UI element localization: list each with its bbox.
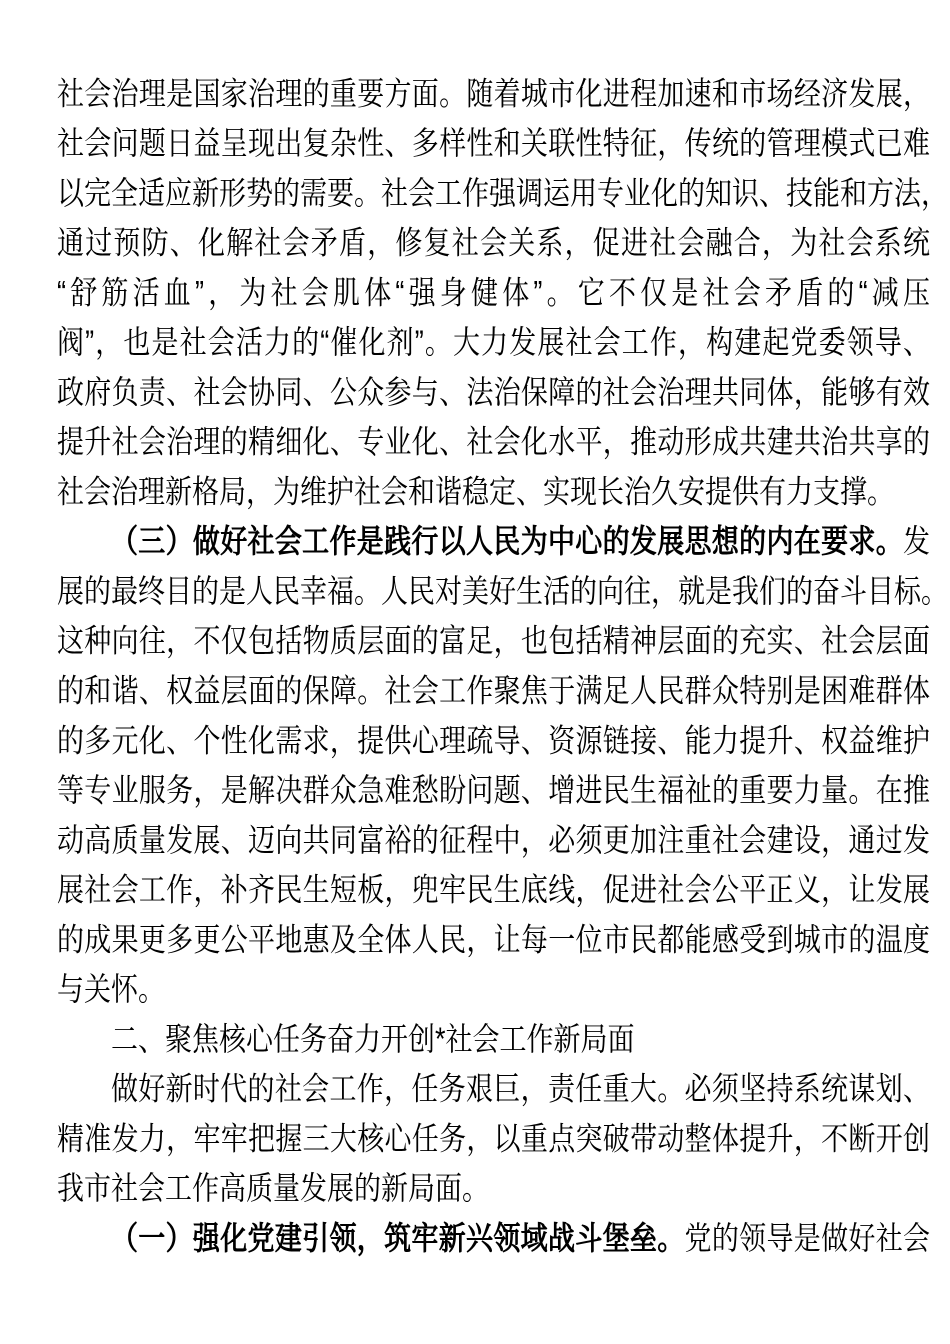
text-run: 精准发力，牢牢把握三大核心任务，以重点突破带动整体提升，不断开创 [57, 1121, 930, 1157]
text-line: 社会问题日益呈现出复杂性、多样性和关联性特征，传统的管理模式已难 [57, 118, 930, 168]
text-line: 的多元化、个性化需求，提供心理疏导、资源链接、能力提升、权益维护 [57, 716, 930, 766]
text-line: 我市社会工作高质量发展的新局面。 [57, 1164, 930, 1214]
text-line: 动高质量发展、迈向共同富裕的征程中，必须更加注重社会建设，通过发 [57, 815, 930, 865]
text-run: 展社会工作，补齐民生短板，兜牢民生底线，促进社会公平正义，让发展 [57, 872, 930, 908]
text-run: 党的领导是做好社会 [685, 1221, 930, 1257]
text-run: “舒筋活血”，为社会肌体“强身健体”。它不仅是社会矛盾的“减压 [57, 275, 930, 311]
text-line: 提升社会治理的精细化、专业化、社会化水平，推动形成共建共治共享的 [57, 417, 930, 467]
text-line: 这种向往，不仅包括物质层面的富足，也包括精神层面的充实、社会层面 [57, 616, 930, 666]
text-line: 等专业服务，是解决群众急难愁盼问题、增进民生福祉的重要力量。在推 [57, 766, 930, 816]
text-line: 的成果更多更公平地惠及全体人民，让每一位市民都能感受到城市的温度 [57, 915, 930, 965]
text-line: （三）做好社会工作是践行以人民为中心的发展思想的内在要求。发 [57, 517, 930, 567]
text-line: 通过预防、化解社会矛盾，修复社会关系，促进社会融合，为社会系统 [57, 218, 930, 268]
text-run: 社会治理是国家治理的重要方面。随着城市化进程加速和市场经济发展， [57, 76, 930, 112]
text-line: “舒筋活血”，为社会肌体“强身健体”。它不仅是社会矛盾的“减压 [57, 268, 930, 318]
text-run: 与关怀。 [57, 972, 165, 1008]
text-run: 发 [903, 524, 930, 560]
section-heading-line: 二、聚焦核心任务奋力开创*社会工作新局面 [57, 1014, 930, 1064]
text-run: 做好新时代的社会工作，任务艰巨，责任重大。必须坚持系统谋划、 [111, 1071, 930, 1107]
text-run: 我市社会工作高质量发展的新局面。 [57, 1171, 489, 1207]
text-line: 与关怀。 [57, 965, 930, 1015]
text-run: 这种向往，不仅包括物质层面的富足，也包括精神层面的充实、社会层面 [57, 623, 930, 659]
text-line: （一）强化党建引领，筑牢新兴领域战斗堡垒。党的领导是做好社会 [57, 1213, 930, 1263]
text-run: 的多元化、个性化需求，提供心理疏导、资源链接、能力提升、权益维护 [57, 723, 930, 759]
text-run: 提升社会治理的精细化、专业化、社会化水平，推动形成共建共治共享的 [57, 424, 930, 460]
text-line: 社会治理新格局，为维护社会和谐稳定、实现长治久安提供有力支撑。 [57, 467, 930, 517]
text-line: 阀”，也是社会活力的“催化剂”。大力发展社会工作，构建起党委领导、 [57, 318, 930, 368]
text-run: 二、聚焦核心任务奋力开创*社会工作新局面 [111, 1021, 635, 1057]
text-run: 的成果更多更公平地惠及全体人民，让每一位市民都能感受到城市的温度 [57, 922, 930, 958]
text-line: 展的最终目的是人民幸福。人民对美好生活的向往，就是我们的奋斗目标。 [57, 566, 930, 616]
text-line: 的和谐、权益层面的保障。社会工作聚焦于满足人民群众特别是困难群体 [57, 666, 930, 716]
text-line: 精准发力，牢牢把握三大核心任务，以重点突破带动整体提升，不断开创 [57, 1114, 930, 1164]
text-run: 阀”，也是社会活力的“催化剂”。大力发展社会工作，构建起党委领导、 [57, 325, 930, 361]
bold-text-run: （一）强化党建引领，筑牢新兴领域战斗堡垒。 [111, 1221, 685, 1257]
text-run: 社会治理新格局，为维护社会和谐稳定、实现长治久安提供有力支撑。 [57, 474, 894, 510]
bold-text-run: （三）做好社会工作是践行以人民为中心的发展思想的内在要求。 [111, 524, 903, 560]
text-run: 动高质量发展、迈向共同富裕的征程中，必须更加注重社会建设，通过发 [57, 822, 930, 858]
text-line: 政府负责、社会协同、公众参与、法治保障的社会治理共同体，能够有效 [57, 367, 930, 417]
text-run: 展的最终目的是人民幸福。人民对美好生活的向往，就是我们的奋斗目标。 [57, 574, 948, 610]
text-line: 展社会工作，补齐民生短板，兜牢民生底线，促进社会公平正义，让发展 [57, 865, 930, 915]
text-run: 以完全适应新形势的需要。社会工作强调运用专业化的知识、技能和方法， [57, 175, 948, 211]
text-line: 社会治理是国家治理的重要方面。随着城市化进程加速和市场经济发展， [57, 69, 930, 119]
text-run: 通过预防、化解社会矛盾，修复社会关系，促进社会融合，为社会系统 [57, 225, 930, 261]
text-run: 政府负责、社会协同、公众参与、法治保障的社会治理共同体，能够有效 [57, 374, 930, 410]
text-run: 社会问题日益呈现出复杂性、多样性和关联性特征，传统的管理模式已难 [57, 126, 930, 162]
document-text-block: 社会治理是国家治理的重要方面。随着城市化进程加速和市场经济发展，社会问题日益呈现… [57, 0, 930, 1263]
text-line: 做好新时代的社会工作，任务艰巨，责任重大。必须坚持系统谋划、 [57, 1064, 930, 1114]
text-run: 的和谐、权益层面的保障。社会工作聚焦于满足人民群众特别是困难群体 [57, 673, 930, 709]
text-run: 等专业服务，是解决群众急难愁盼问题、增进民生福祉的重要力量。在推 [57, 773, 930, 809]
text-line: 以完全适应新形势的需要。社会工作强调运用专业化的知识、技能和方法， [57, 168, 930, 218]
document-page: 社会治理是国家治理的重要方面。随着城市化进程加速和市场经济发展，社会问题日益呈现… [0, 0, 950, 1344]
